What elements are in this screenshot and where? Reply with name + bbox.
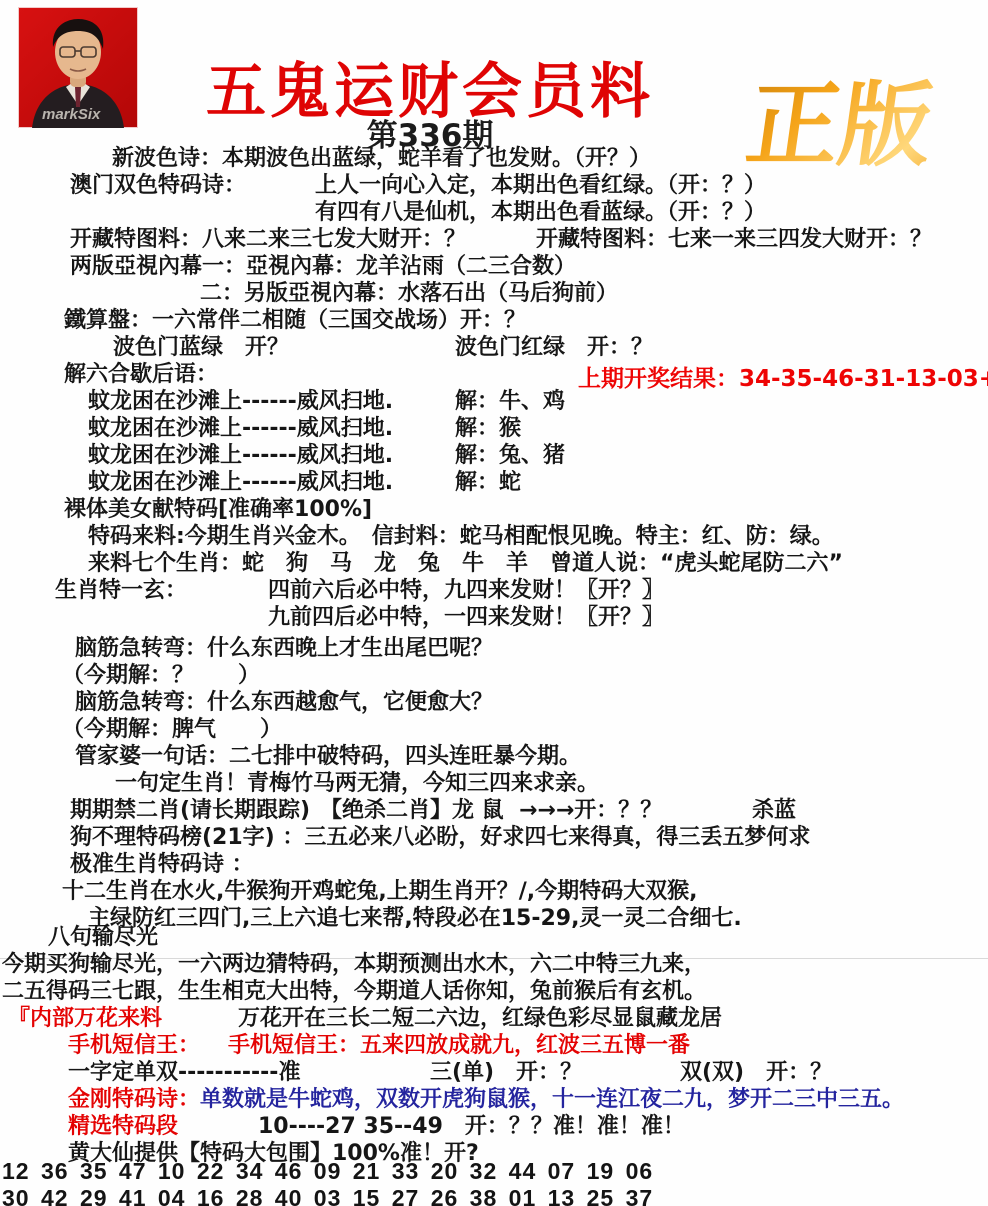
text-line: 新波色诗：本期波色出蓝绿，蛇羊看了也发财。（开？） [0, 146, 988, 173]
text-line: 一句定生肖！青梅竹马两无猜，今知三四来求亲。 [0, 771, 988, 798]
text-line: 生肖特一玄：四前六后必中特，九四来发财！〖开？〗 [0, 578, 988, 605]
text-line: 精选特码段10----27 35--49 开：？？准！准！准！ [0, 1114, 988, 1141]
text-segment: 来料七个生肖：蛇 狗 马 龙 兔 牛 羊 曾道人说：“虎头蛇尾防二六” [88, 551, 843, 577]
text-segment: 『内部万花来料 [8, 1006, 162, 1032]
text-line: 两版亞視內幕一：亞視內幕：龙羊沾雨（二三合数） [0, 254, 988, 281]
text-line: 澳门双色特码诗：上人一向心入定，本期出色看红绿。（开：？） [0, 173, 988, 200]
text-segment: 手机短信王：五来四放成就九，红波三五博一番 [228, 1033, 690, 1059]
text-line: 手机短信王：手机短信王：五来四放成就九，红波三五博一番 [0, 1033, 988, 1060]
text-segment: 一字定单双-----------准 [68, 1060, 300, 1086]
text-segment: 四前六后必中特，九四来发财！〖开？〗 [268, 578, 664, 604]
text-line: 今期买狗输尽光，一六两边猜特码，本期预测出水木，六二中特三九来， [0, 952, 988, 979]
text-segment: 手机短信王： [68, 1033, 200, 1059]
content-lines: 新波色诗：本期波色出蓝绿，蛇羊看了也发财。（开？）澳门双色特码诗：上人一向心入定… [0, 146, 988, 1206]
text-line: 八句输尽光 [0, 925, 988, 952]
text-line: 蚊龙困在沙滩上------威风扫地.解：蛇 [0, 470, 988, 497]
text-segment: 一句定生肖！青梅竹马两无猜，今知三四来求亲。 [115, 771, 599, 797]
lottery-number-row-2: 30 42 29 41 04 16 28 40 03 15 27 26 38 0… [2, 1185, 653, 1206]
text-segment: 有四有八是仙机，本期出色看蓝绿。（开：？） [315, 200, 766, 226]
text-segment: 八句输尽光 [48, 925, 158, 951]
text-segment: 蚊龙困在沙滩上------威风扫地. [88, 443, 393, 469]
text-segment: 蚊龙困在沙滩上------威风扫地. [88, 389, 393, 415]
text-segment: 管家婆一句话：二七排中破特码，四头连旺暴今期。 [75, 744, 581, 770]
text-segment: 澳门双色特码诗： [70, 173, 246, 199]
text-segment: 九前四后必中特，一四来发财！〖开？〗 [268, 605, 664, 631]
text-line: 『内部万花来料万花开在三长二短二六边，红绿色彩尽显鼠藏龙居 [0, 1006, 988, 1033]
text-segment: 单数就是牛蛇鸡，双数开虎狗鼠猴，十一连江夜二九，梦开二三中三五。 [200, 1087, 904, 1113]
text-segment: 特码来料:今期生肖兴金木。 信封料：蛇马相配恨见晚。特主：红、防：绿。 [88, 524, 834, 550]
text-line: 狗不理特码榜(21字) ：三五必来八必盼，好求四七来得真，得三丢五梦何求 [0, 825, 988, 852]
tipster-photo-image: markSix [18, 7, 138, 128]
text-segment: 解：猴 [455, 416, 521, 442]
lottery-number-row-1: 12 36 35 47 10 22 34 46 09 21 33 20 32 4… [2, 1158, 653, 1184]
tipster-photo: markSix [18, 7, 138, 128]
text-line: 有四有八是仙机，本期出色看蓝绿。（开：？） [0, 200, 988, 227]
text-segment: 解六合歇后语： [64, 362, 218, 388]
text-segment: 脑筋急转弯：什么东西晚上才生出尾巴呢？ [75, 636, 493, 662]
text-line: 二：另版亞視內幕：水落石出（马后狗前） [0, 281, 988, 308]
text-segment: 二：另版亞視內幕：水落石出（马后狗前） [200, 281, 618, 307]
text-segment: 三(单) 开：？ [430, 1060, 582, 1086]
text-segment: 期期禁二肖(请长期跟踪) [70, 798, 310, 824]
text-segment: 双(双) 开：？ [680, 1060, 832, 1086]
text-segment: 二五得码三七跟，生生相克大出特，今期道人话你知，兔前猴后有玄机。 [2, 979, 706, 1005]
text-segment: 解：兔、猪 [455, 443, 565, 469]
text-segment: 脑筋急转弯：什么东西越愈气，它便愈大？ [75, 690, 493, 716]
text-segment: 解：蛇 [455, 470, 521, 496]
text-line: 特码来料:今期生肖兴金木。 信封料：蛇马相配恨见晚。特主：红、防：绿。 [0, 524, 988, 551]
text-segment: 裸体美女献特码[准确率100%] [64, 497, 372, 523]
text-segment: 狗不理特码榜(21字) ：三五必来八必盼，好求四七来得真，得三丢五梦何求 [70, 825, 810, 851]
text-segment: 【绝杀二肖】龙 鼠 →→→开：？？ [320, 798, 662, 824]
text-line: （今期解：脾气 ） [0, 717, 988, 744]
tip-sheet-page: markSix 五鬼运财会员料 第336期 正版 上期开奖结果：34-35-46… [0, 0, 988, 1206]
text-segment: 金刚特码诗： [68, 1087, 200, 1113]
text-line: 极准生肖特码诗 ： [0, 852, 988, 879]
text-line: 脑筋急转弯：什么东西越愈气，它便愈大？ [0, 690, 988, 717]
text-segment: （今期解：？ ） [62, 663, 260, 689]
text-line: 波色门蓝绿 开？波色门红绿 开：？ [0, 335, 988, 362]
text-segment: 生肖特一玄： [55, 578, 187, 604]
text-line: （今期解：？ ） [0, 663, 988, 690]
text-line: 12 36 35 47 10 22 34 46 09 21 33 20 32 4… [0, 1158, 988, 1185]
text-segment: 上人一向心入定，本期出色看红绿。（开：？） [315, 173, 766, 199]
text-segment: 蚊龙困在沙滩上------威风扫地. [88, 416, 393, 442]
text-segment: （今期解：脾气 ） [62, 717, 282, 743]
text-segment: 万花开在三长二短二六边，红绿色彩尽显鼠藏龙居 [238, 1006, 722, 1032]
text-segment: 十二生肖在水火,牛猴狗开鸡蛇兔,上期生肖开？/,今期特码大双猴, [62, 879, 697, 905]
text-segment: 波色门红绿 开：？ [455, 335, 653, 361]
text-line: 十二生肖在水火,牛猴狗开鸡蛇兔,上期生肖开？/,今期特码大双猴, [0, 879, 988, 906]
text-line: 开藏特图料：八来二来三七发大财开：？开藏特图料：七来一来三四发大财开：？ [0, 227, 988, 254]
text-segment: 蚊龙困在沙滩上------威风扫地. [88, 470, 393, 496]
text-line: 蚊龙困在沙滩上------威风扫地.解：猴 [0, 416, 988, 443]
text-segment: 新波色诗：本期波色出蓝绿，蛇羊看了也发财。（开？） [112, 146, 651, 172]
text-segment: 10----27 35--49 开：？？准！准！准！ [258, 1114, 685, 1140]
text-line: 金刚特码诗：单数就是牛蛇鸡，双数开虎狗鼠猴，十一连江夜二九，梦开二三中三五。 [0, 1087, 988, 1114]
text-segment: 开藏特图料：八来二来三七发大财开：？ [70, 227, 466, 253]
text-segment: 杀蓝 [752, 798, 796, 824]
text-line: 二五得码三七跟，生生相克大出特，今期道人话你知，兔前猴后有玄机。 [0, 979, 988, 1006]
text-line: 裸体美女献特码[准确率100%] [0, 497, 988, 524]
text-line: 来料七个生肖：蛇 狗 马 龙 兔 牛 羊 曾道人说：“虎头蛇尾防二六” [0, 551, 988, 578]
text-segment: 两版亞視內幕一：亞視內幕：龙羊沾雨（二三合数） [70, 254, 576, 280]
text-segment: 极准生肖特码诗 ： [70, 852, 254, 878]
text-line: 管家婆一句话：二七排中破特码，四头连旺暴今期。 [0, 744, 988, 771]
text-segment: 鐵算盤：一六常伴二相随（三国交战场）开：？ [64, 308, 526, 334]
text-segment: 今期买狗输尽光，一六两边猜特码，本期预测出水木，六二中特三九来， [2, 952, 706, 978]
text-segment: 解：牛、鸡 [455, 389, 565, 415]
text-line: 九前四后必中特，一四来发财！〖开？〗 [0, 605, 988, 632]
text-line: 期期禁二肖(请长期跟踪)【绝杀二肖】龙 鼠 →→→开：？？杀蓝 [0, 798, 988, 825]
text-line: 脑筋急转弯：什么东西晚上才生出尾巴呢？ [0, 636, 988, 663]
text-line: 一字定单双-----------准三(单) 开：？双(双) 开：？ [0, 1060, 988, 1087]
photo-watermark: markSix [42, 106, 101, 123]
text-segment: 波色门蓝绿 开？ [113, 335, 289, 361]
text-segment: 开藏特图料：七来一来三四发大财开：？ [536, 227, 932, 253]
text-line: 蚊龙困在沙滩上------威风扫地.解：兔、猪 [0, 443, 988, 470]
text-line: 解六合歇后语： [0, 362, 988, 389]
text-line: 蚊龙困在沙滩上------威风扫地.解：牛、鸡 [0, 389, 988, 416]
text-line: 30 42 29 41 04 16 28 40 03 15 27 26 38 0… [0, 1185, 988, 1206]
text-line: 鐵算盤：一六常伴二相随（三国交战场）开：？ [0, 308, 988, 335]
text-segment: 精选特码段 [68, 1114, 178, 1140]
